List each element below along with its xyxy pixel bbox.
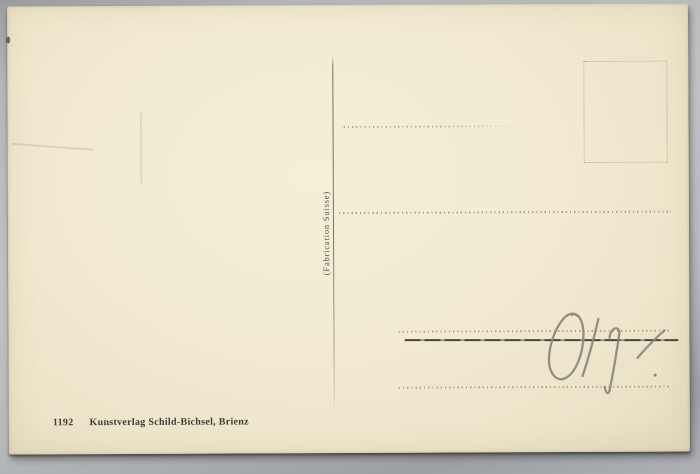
address-line-1 (344, 125, 532, 127)
pencil-smudge (12, 143, 94, 150)
imprint-number: 1192 (53, 417, 74, 428)
scribble-descender-stroke (604, 328, 619, 393)
fabrication-note: (Fabrication Suisse) (320, 173, 333, 293)
edge-speck (6, 36, 10, 43)
postcard-back: (Fabrication Suisse) 1192Kunstverlag Sch… (7, 4, 690, 455)
address-line-2 (339, 211, 671, 214)
scribble-loop-stroke (549, 314, 584, 380)
publisher-imprint: 1192Kunstverlag Schild-Bichsel, Brienz (53, 416, 249, 428)
paper-crease (140, 113, 141, 185)
stamp-box (583, 61, 667, 163)
imprint-publisher: Kunstverlag Schild-Bichsel, Brienz (89, 416, 248, 428)
center-divider-line (332, 56, 335, 409)
scribble-slash-stroke (637, 331, 664, 358)
scribble-down-stroke (582, 319, 598, 376)
handwritten-scribble (527, 294, 672, 400)
small-ink-dot (654, 374, 657, 377)
